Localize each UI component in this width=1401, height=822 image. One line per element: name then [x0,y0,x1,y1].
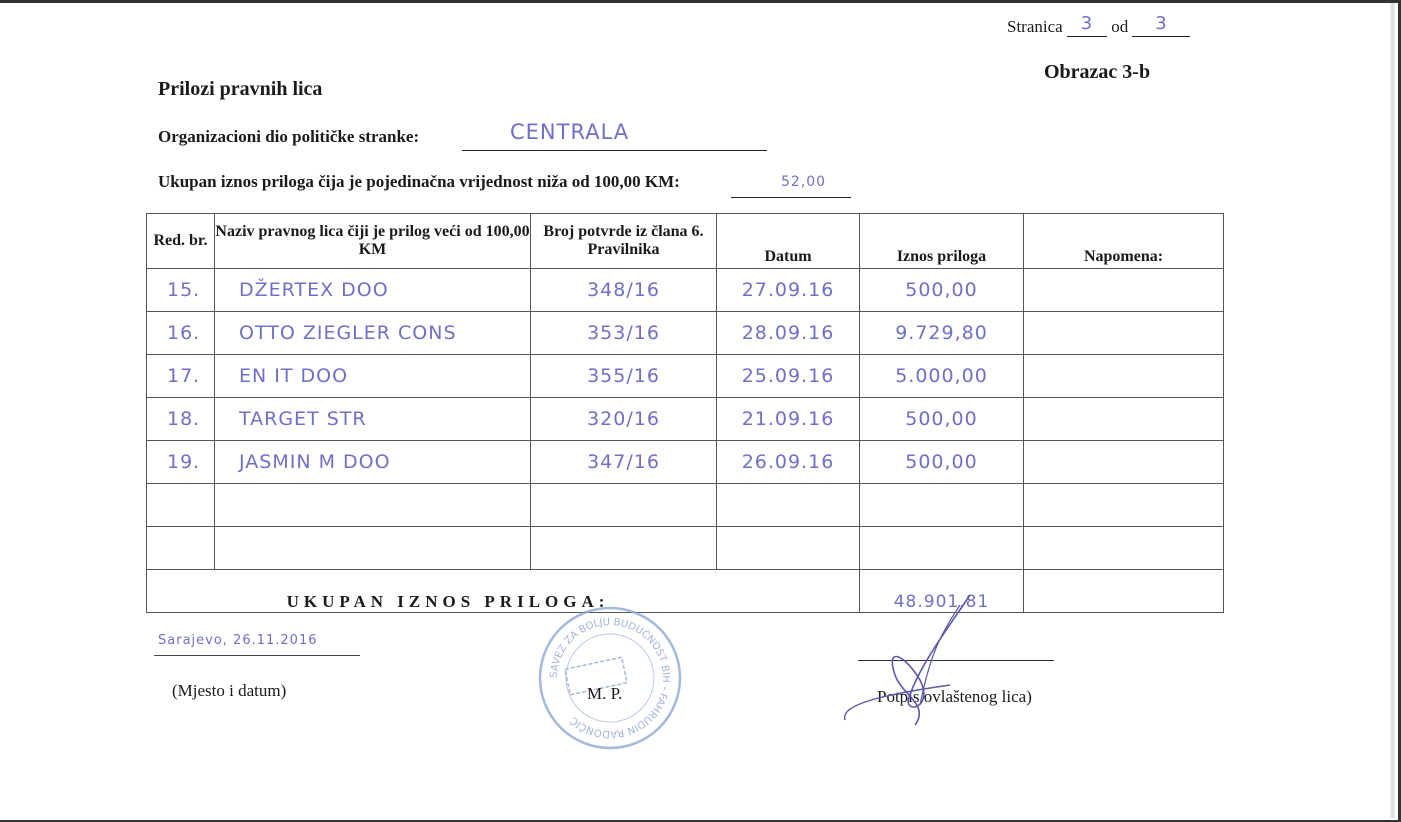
row-note [1024,484,1224,527]
row-receipt: 320/16 [531,398,717,441]
row-no: 15. [147,269,215,312]
page-title: Prilozi pravnih lica [158,78,322,101]
row-note [1024,269,1224,312]
row-receipt: 355/16 [531,355,717,398]
total-row: UKUPAN IZNOS PRILOGA: 48.901,81 [147,570,1224,613]
row-no: 19. [147,441,215,484]
table-row: 18.TARGET STR320/1621.09.16500,00 [147,398,1224,441]
row-no: 16. [147,312,215,355]
row-date: 28.09.16 [717,312,860,355]
row-no: 18. [147,398,215,441]
row-name [215,484,531,527]
row-date: 21.09.16 [717,398,860,441]
stamp-label: M. P. [587,684,622,704]
row-note [1024,355,1224,398]
row-no [147,527,215,570]
row-amount: 500,00 [860,441,1024,484]
row-receipt: 347/16 [531,441,717,484]
page-total-field: 3 [1132,16,1190,37]
row-name: TARGET STR [215,398,531,441]
party-stamp-icon: SAVEZ ZA BOLJU BUDUĆNOST BIH - FAHRUDIN … [537,603,683,753]
header-amount: Iznos priloga [860,214,1024,269]
row-date: 25.09.16 [717,355,860,398]
row-no: 17. [147,355,215,398]
total-label: UKUPAN IZNOS PRILOGA: [147,570,860,613]
row-name [215,527,531,570]
row-note [1024,398,1224,441]
place-date-field: Sarajevo, 26.11.2016 [154,630,360,656]
page-of-label: od [1111,17,1128,36]
table-header-row: Red. br. Naziv pravnog lica čiji je pril… [147,214,1224,269]
table-row: 16.OTTO ZIEGLER CONS353/1628.09.169.729,… [147,312,1224,355]
contributions-table: Red. br. Naziv pravnog lica čiji je pril… [146,213,1224,613]
place-date-value: Sarajevo, 26.11.2016 [158,633,317,648]
row-date: 26.09.16 [717,441,860,484]
row-note [1024,312,1224,355]
org-unit-label: Organizacioni dio političke stranke: [158,127,419,147]
page-current: 3 [1081,13,1093,34]
row-date [717,527,860,570]
row-name: OTTO ZIEGLER CONS [215,312,531,355]
row-amount: 500,00 [860,269,1024,312]
total-note [1024,570,1224,613]
row-amount: 500,00 [860,398,1024,441]
header-date: Datum [717,214,860,269]
scan-frame-top [0,0,1401,3]
row-amount [860,484,1024,527]
small-contributions-label: Ukupan iznos priloga čija je pojedinačna… [158,172,680,192]
org-unit-field: CENTRALA [462,120,767,151]
row-date [717,484,860,527]
row-date: 27.09.16 [717,269,860,312]
small-contributions-field: 52,00 [731,172,851,198]
page-total: 3 [1155,13,1167,34]
table-row: 15.DŽERTEX DOO348/1627.09.16500,00 [147,269,1224,312]
row-receipt [531,527,717,570]
row-amount: 5.000,00 [860,355,1024,398]
row-name: DŽERTEX DOO [215,269,531,312]
small-contributions-value: 52,00 [781,174,826,190]
place-date-caption: (Mjesto i datum) [172,681,286,701]
page-number: Stranica 3 od 3 [1007,16,1190,37]
row-name: JASMIN M DOO [215,441,531,484]
header-no: Red. br. [147,214,215,269]
table-row: 17.EN IT DOO355/1625.09.165.000,00 [147,355,1224,398]
form-id: Obrazac 3-b [1044,61,1150,84]
header-receipt: Broj potvrde iz člana 6. Pravilnika [531,214,717,269]
org-unit-value: CENTRALA [510,120,629,144]
page-current-field: 3 [1067,16,1107,37]
row-amount: 9.729,80 [860,312,1024,355]
signature-icon [840,585,980,730]
page-edge-shadow [1390,3,1395,818]
table-row [147,527,1224,570]
row-note [1024,527,1224,570]
table-row: 19.JASMIN M DOO347/1626.09.16500,00 [147,441,1224,484]
table-row [147,484,1224,527]
page-label: Stranica [1007,17,1063,36]
row-name: EN IT DOO [215,355,531,398]
header-name: Naziv pravnog lica čiji je prilog veći o… [215,214,531,269]
row-no [147,484,215,527]
row-receipt: 353/16 [531,312,717,355]
header-note: Napomena: [1024,214,1224,269]
row-receipt: 348/16 [531,269,717,312]
row-amount [860,527,1024,570]
row-note [1024,441,1224,484]
row-receipt [531,484,717,527]
